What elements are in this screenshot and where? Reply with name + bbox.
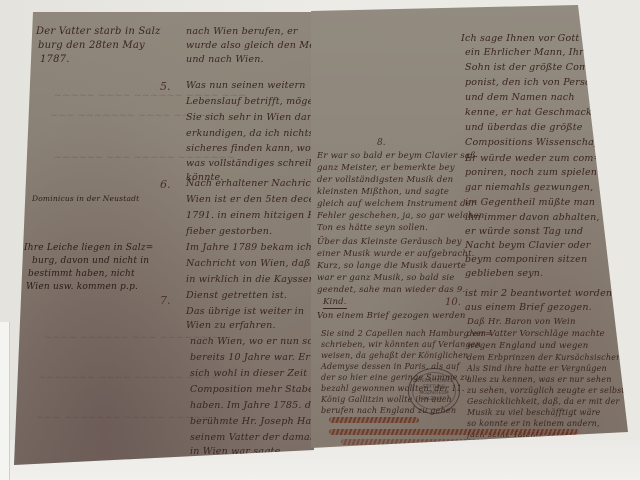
item-5-line: erkundigen, da ich nichts — [186, 128, 314, 139]
item-8-line: der vollständigsten Musik den — [317, 175, 453, 185]
item-6-line: 1791. in einem hitzigen Frisel — [186, 210, 314, 221]
right-column-line: gar niemahls gezwungen, — [465, 182, 593, 193]
right-column-line: dem Erbprinzen der Kursächsischen — [467, 353, 621, 362]
item-6-line: Im Jahre 1789 bekam ich die — [186, 242, 314, 253]
item-8-line: Über das Kleinste Geräusch bey — [317, 237, 462, 247]
item-number-10: 10. — [445, 297, 461, 308]
item-5-line: Lebenslauf betrifft, mögen — [186, 96, 314, 107]
item-8-line: Ton es hätte seyn sollen. — [317, 223, 428, 233]
right-column-line: Compositions Wissenschaft. — [465, 137, 605, 148]
item-9-kind: Kind. — [323, 297, 347, 307]
right-column-line: Er würde weder zum com= — [465, 153, 602, 164]
column-top-line-2: wurde also gleich den Meister — [186, 40, 314, 51]
right-column-line: wegen England und wegen — [467, 341, 588, 351]
item-8-line: ganz Meister, er bemerkte bey — [317, 163, 455, 173]
heading-line-3: 1787. — [40, 54, 70, 65]
manuscript-sheet-right: 8. Er war so bald er beym Clavier saß ga… — [311, 5, 629, 448]
item-8-line: Er war so bald er beym Clavier saß — [317, 151, 476, 161]
right-column-line: und dem Namen nach — [465, 92, 575, 103]
kind-underline — [323, 308, 347, 309]
margin-note-2-line-2: burg, davon und nicht in — [32, 256, 149, 266]
right-column-line: Nacht beym Clavier oder — [465, 240, 590, 251]
right-column-line: ihn immer davon abhalten, — [465, 212, 600, 223]
right-column-line: aus einem Brief gezogen. — [465, 302, 592, 313]
item-10-line: schrieben, wir könnten auf Verlangen — [321, 340, 481, 349]
right-column-line: so konnte er in keinem andern, — [467, 419, 600, 428]
right-column-line: geblieben seyn. — [465, 268, 543, 279]
column-top-line-1: nach Wien berufen, er — [186, 26, 298, 37]
item-10-line: Von einem Brief gezogen werden — [317, 311, 466, 321]
right-column-line: er würde sonst Tag und — [465, 226, 583, 237]
item-8-line: Kurz, so lange die Musik dauerte — [317, 261, 466, 271]
right-column-line: Als Sind ihre hatte er Vergnügen — [467, 364, 607, 373]
side-card — [0, 322, 10, 480]
item-number-5: 5. — [160, 80, 171, 93]
item-8-line: einer Musik wurde er aufgebracht. — [317, 249, 475, 259]
right-column-line: beym componiren sitzen — [465, 254, 587, 265]
item-7-line: haben. Im Jahre 1785. der — [190, 400, 314, 411]
item-7-line: nach Wien, wo er nun schon — [190, 336, 314, 347]
right-column-line: ponist, den ich von Person — [465, 77, 597, 88]
ink-bleed — [329, 417, 419, 423]
item-7-line: berühmte Hr. Joseph Haydn zu — [190, 416, 314, 427]
right-column-line: und überdas die größte — [465, 122, 583, 133]
stamp-line: MOZARTEUM — [419, 391, 448, 397]
stamp-line: SALZBURG — [422, 397, 447, 403]
item-5-line: Sie sich sehr in Wien darnach — [186, 112, 314, 123]
right-column-line: im Gegentheil müßte man — [465, 197, 595, 208]
item-6-line: Wien ist er den 5ten december — [186, 194, 314, 205]
stamp-line: INTERNATIONALE — [415, 379, 454, 385]
item-8-line: Fehler geschehen, ja, so gar welchen — [317, 211, 484, 221]
item-number-8: 8. — [377, 138, 386, 148]
item-8-line: war er ganz Musik, so bald sie — [317, 273, 455, 283]
right-column-line: Musik zu viel beschäfftigt wäre — [467, 408, 601, 417]
right-column-line: Ich sage Ihnen vor Gott als — [461, 33, 597, 44]
bleed-through: ~~~ ~~~~~~~ ~~~~~ ~~~~~ — [36, 412, 209, 423]
item-7-line: sich wohl in dieser Zeit in der — [190, 368, 314, 379]
right-column-line: kenne, er hat Geschmack — [465, 107, 592, 118]
item-6-line: in wirklich in die Kaysserliche — [186, 274, 314, 285]
item-6-line: Nachricht von Wien, daß er — [186, 258, 314, 269]
item-6-line: Dienst getretten ist. — [186, 290, 287, 301]
item-6-line: Nach erhaltener Nachricht aus — [186, 178, 314, 189]
item-6-line: Wien zu erfahren. — [186, 320, 276, 331]
right-column-line: dem Vatter Vorschläge machte — [467, 329, 605, 339]
right-column-line: Daß Hr. Baron von Wein — [467, 317, 576, 327]
margin-note-2-line-1: Ihre Leiche liegen in Salz= — [24, 243, 154, 253]
stamp-line: STIFTUNG — [423, 385, 445, 391]
item-number-7: 7. — [160, 294, 171, 307]
heading-line-1: Der Vatter starb in Salz — [36, 26, 160, 37]
margin-note-2-line-3: bestimmt haben, nicht — [28, 269, 135, 279]
item-8-line: kleinsten Mißthon, und sagte — [317, 187, 449, 197]
item-6-line: fieber gestorben. — [186, 226, 272, 237]
right-column-line: ist mir 2 beantwortet worden — [465, 288, 612, 299]
item-7-line: seinem Vatter der damahls — [190, 432, 314, 443]
right-column-line: Geschicklichkeit, daß, da er mit der — [467, 397, 620, 406]
ink-bleed — [329, 429, 579, 435]
margin-note-2-line-4: Wien usw. kommen p.p. — [26, 282, 138, 292]
right-column-line: alles zu kennen, was er nur sehen — [467, 375, 612, 384]
manuscript-sheet-left: ~~~~~ ~~~~ ~~~~~~ ~~~~ ~~~ ~~~ ~~~~~~~ ~… — [14, 12, 314, 467]
column-top-line-3: und nach Wien. — [186, 54, 264, 65]
item-8-line: geendet, sahe man wieder das 9. — [317, 285, 465, 295]
item-5-line: was vollständiges schreiben — [186, 158, 314, 169]
right-column-line: poniren, noch zum spielen — [465, 167, 597, 178]
item-5-line: sicheres finden kann, woraus ich — [186, 143, 314, 154]
item-number-6: 6. — [160, 178, 171, 191]
heading-line-2: burg den 28ten May — [38, 40, 145, 51]
item-7-line: bereits 10 Jahre war. Er wird — [190, 352, 314, 363]
item-8-line: gleich auf welchem Instrument der — [317, 199, 475, 209]
item-10-line: weisen, da gehaßt der Königlichen — [321, 351, 468, 360]
right-column-line: ein Ehrlicher Mann, Ihr — [465, 47, 584, 58]
item-5-line: Was nun seinen weitern — [186, 80, 306, 91]
mozarteum-stamp: INTERNATIONALE STIFTUNG MOZARTEUM SALZBU… — [408, 368, 460, 414]
right-column-line: Sohn ist der größte Com= — [465, 62, 596, 73]
item-6-line: Das übrige ist weiter in — [186, 306, 304, 317]
margin-note-1: Dominicus in der Neustadt — [32, 194, 139, 203]
right-column-line: zu sehen, vorzüglich zeugte er selbst — [467, 386, 625, 395]
item-7-line: Composition mehr Stabel gelegt — [190, 384, 314, 395]
